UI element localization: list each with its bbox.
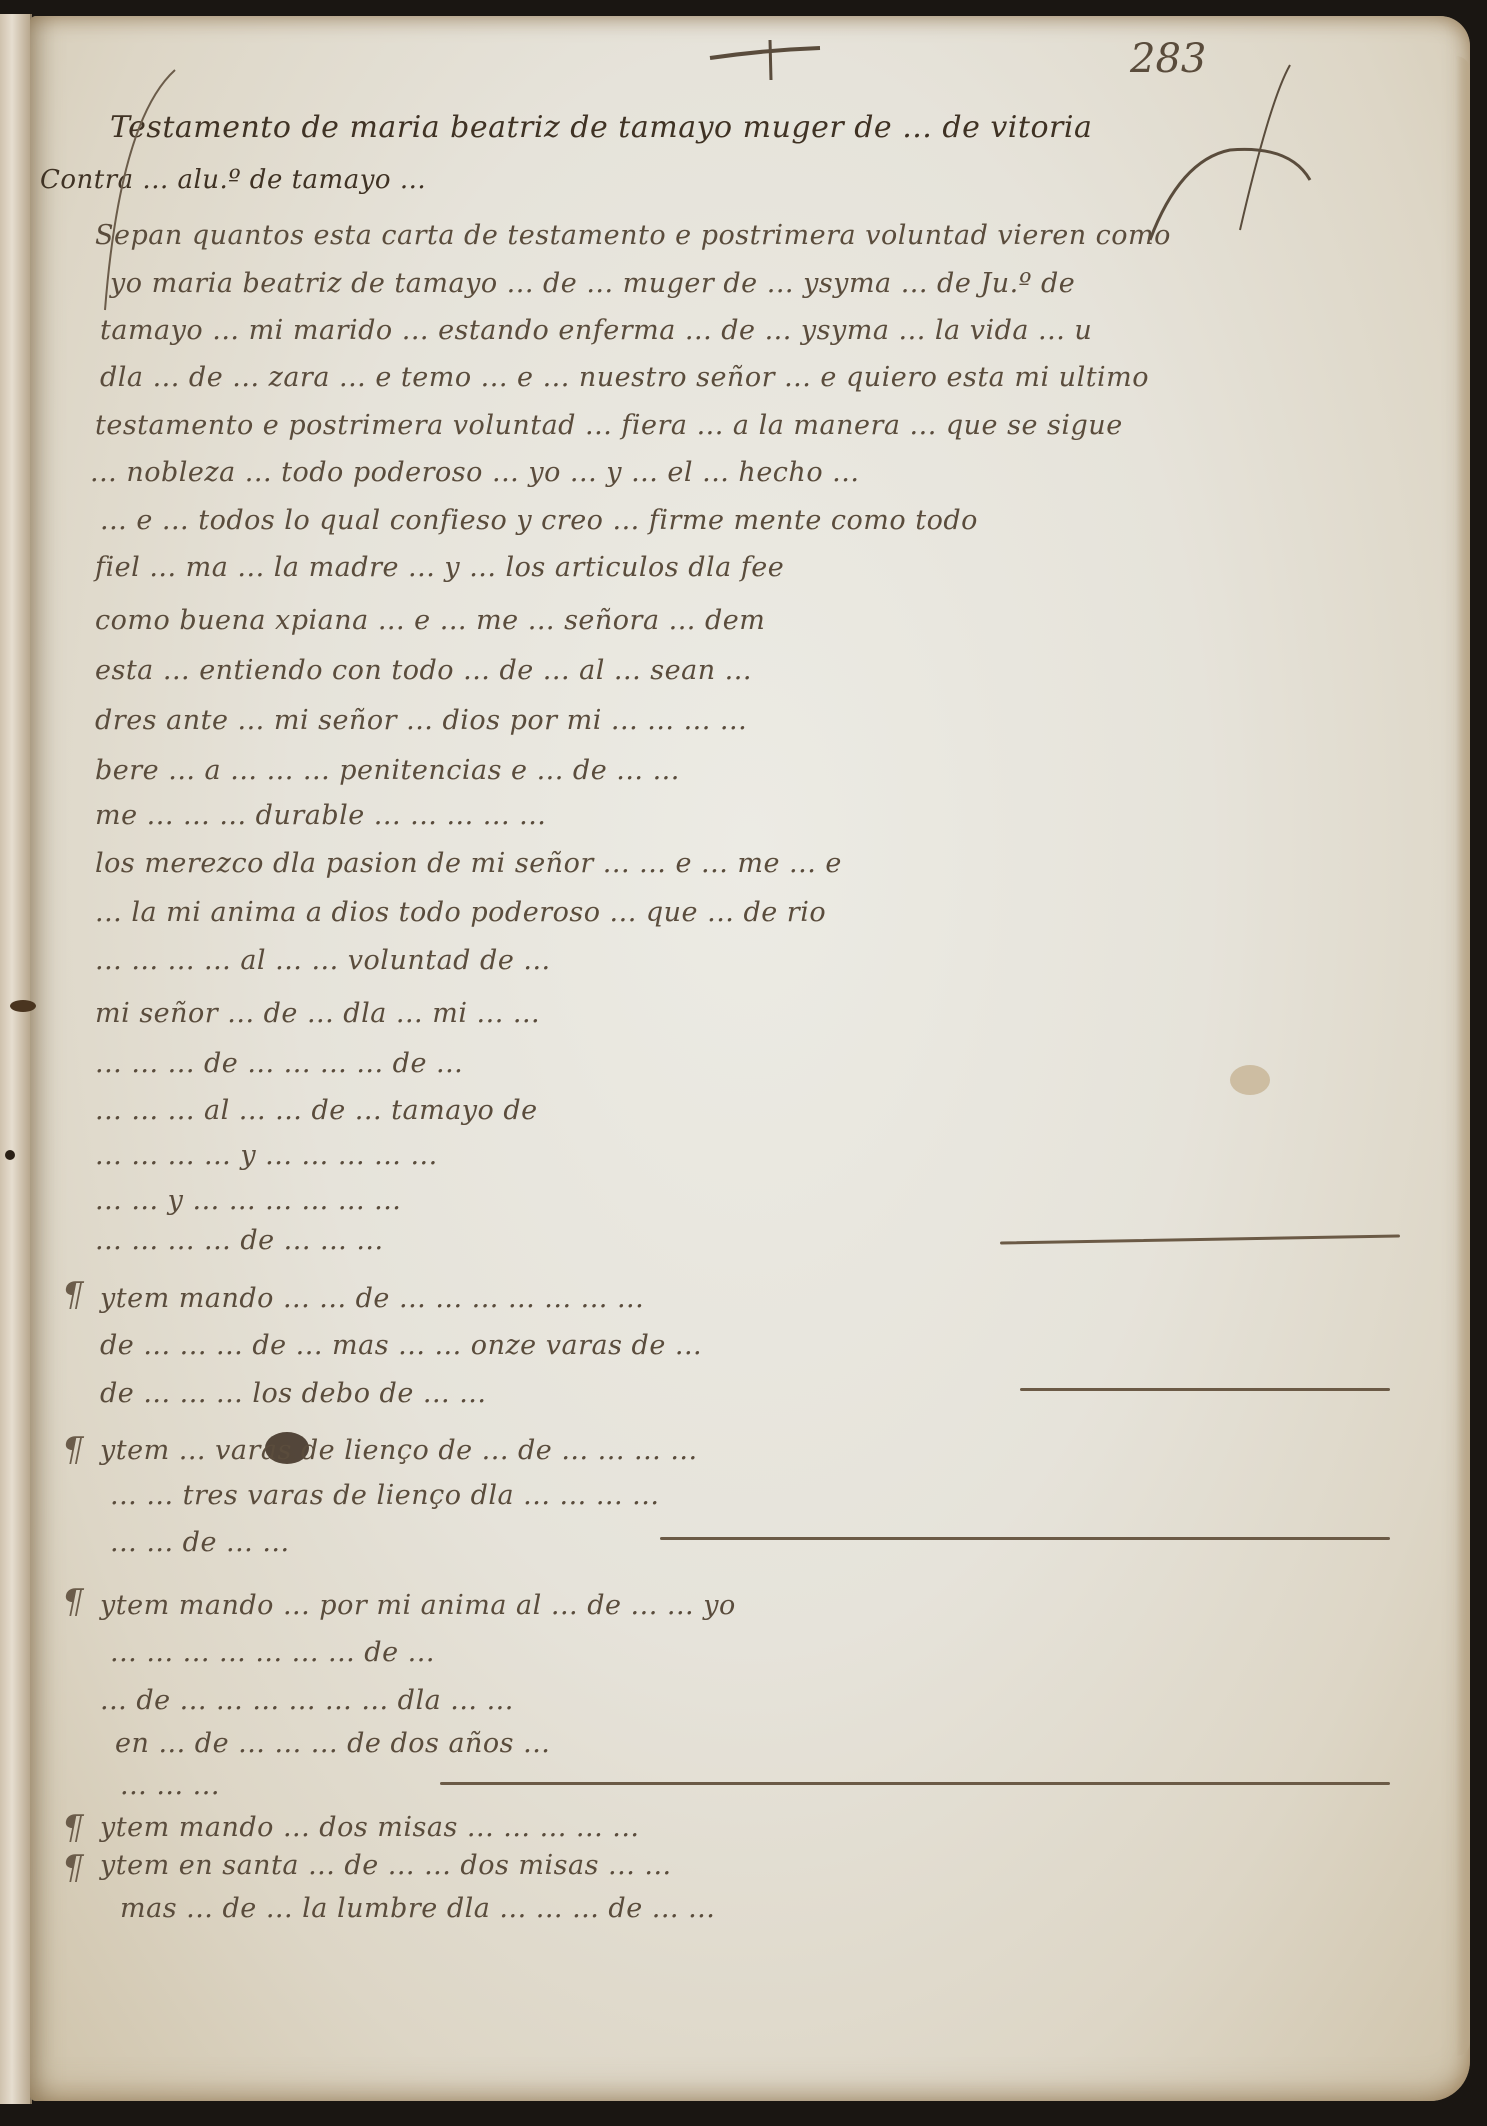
item-line: de ... ... ... de ... mas ... ... onze v… bbox=[100, 1330, 702, 1361]
paragraph-marker: ¶ bbox=[62, 1430, 84, 1470]
body-line: ... e ... todos lo qual confieso y creo … bbox=[100, 505, 978, 536]
paragraph-marker: ¶ bbox=[62, 1275, 84, 1315]
item-line: ytem mando ... dos misas ... ... ... ...… bbox=[100, 1812, 639, 1843]
body-line: los merezco dla pasion de mi señor ... .… bbox=[95, 848, 842, 879]
line-filler-stroke bbox=[440, 1782, 1390, 1785]
line-filler-stroke bbox=[660, 1537, 1390, 1540]
body-line: como buena xpiana ... e ... me ... señor… bbox=[95, 605, 765, 636]
folio-number: 283 bbox=[1130, 36, 1206, 82]
item-line: ytem mando ... ... de ... ... ... ... ..… bbox=[100, 1283, 644, 1314]
paragraph-marker: ¶ bbox=[62, 1582, 84, 1622]
body-line: ... ... ... ... de ... ... ... bbox=[95, 1225, 384, 1256]
ink-stain bbox=[5, 1150, 15, 1160]
body-line: ... ... ... ... y ... ... ... ... ... bbox=[95, 1140, 438, 1171]
item-line: ... ... de ... ... bbox=[110, 1527, 290, 1558]
item-line: ... ... ... bbox=[120, 1770, 220, 1801]
item-line: ... ... ... ... ... ... ... de ... bbox=[110, 1637, 435, 1668]
body-line: dres ante ... mi señor ... dios por mi .… bbox=[95, 705, 747, 736]
line-filler-stroke bbox=[1020, 1388, 1390, 1391]
item-line: mas ... de ... la lumbre dla ... ... ...… bbox=[120, 1893, 715, 1924]
body-line: bere ... a ... ... ... penitencias e ...… bbox=[95, 755, 680, 786]
item-line: ytem mando ... por mi anima al ... de ..… bbox=[100, 1590, 736, 1621]
body-line: ... ... ... ... al ... ... voluntad de .… bbox=[95, 945, 551, 976]
ink-stain bbox=[10, 1000, 36, 1012]
document-heading: Testamento de maria beatriz de tamayo mu… bbox=[110, 110, 1092, 145]
body-line: ... la mi anima a dios todo poderoso ...… bbox=[95, 897, 826, 928]
ink-stain bbox=[1230, 1065, 1270, 1095]
body-line: me ... ... ... durable ... ... ... ... .… bbox=[95, 800, 546, 831]
body-line: ... ... ... al ... ... de ... tamayo de bbox=[95, 1095, 538, 1126]
body-line: tamayo ... mi marido ... estando enferma… bbox=[100, 315, 1092, 346]
body-line: ... ... ... de ... ... ... ... de ... bbox=[95, 1048, 463, 1079]
item-line: de ... ... ... los debo de ... ... bbox=[100, 1378, 486, 1409]
body-line: ... ... y ... ... ... ... ... ... bbox=[95, 1185, 401, 1216]
item-line: ytem ... varas de lienço de ... de ... .… bbox=[100, 1435, 698, 1466]
item-line: ytem en santa ... de ... ... dos misas .… bbox=[100, 1850, 672, 1881]
margin-note: Contra ... alu.º de tamayo ... bbox=[40, 165, 426, 195]
item-line: ... de ... ... ... ... ... ... dla ... .… bbox=[100, 1685, 514, 1716]
item-line: ... ... tres varas de lienço dla ... ...… bbox=[110, 1480, 659, 1511]
invocation-cross-icon bbox=[705, 40, 825, 80]
previous-leaf-edge bbox=[0, 14, 32, 2104]
body-line: esta ... entiendo con todo ... de ... al… bbox=[95, 655, 752, 686]
body-line: Sepan quantos esta carta de testamento e… bbox=[95, 220, 1171, 251]
manuscript-page: 283 Testamento de maria beatriz de tamay… bbox=[0, 0, 1487, 2126]
item-line: en ... de ... ... ... de dos años ... bbox=[115, 1728, 550, 1759]
body-line: ... nobleza ... todo poderoso ... yo ...… bbox=[90, 457, 859, 488]
body-line: yo maria beatriz de tamayo ... de ... mu… bbox=[110, 268, 1075, 299]
paragraph-marker: ¶ bbox=[62, 1848, 84, 1888]
body-line: testamento e postrimera voluntad ... fie… bbox=[95, 410, 1123, 441]
body-line: fiel ... ma ... la madre ... y ... los a… bbox=[95, 552, 784, 583]
paragraph-marker: ¶ bbox=[62, 1808, 84, 1848]
body-line: dla ... de ... zara ... e temo ... e ...… bbox=[100, 362, 1149, 393]
body-line: mi señor ... de ... dla ... mi ... ... bbox=[95, 998, 540, 1029]
